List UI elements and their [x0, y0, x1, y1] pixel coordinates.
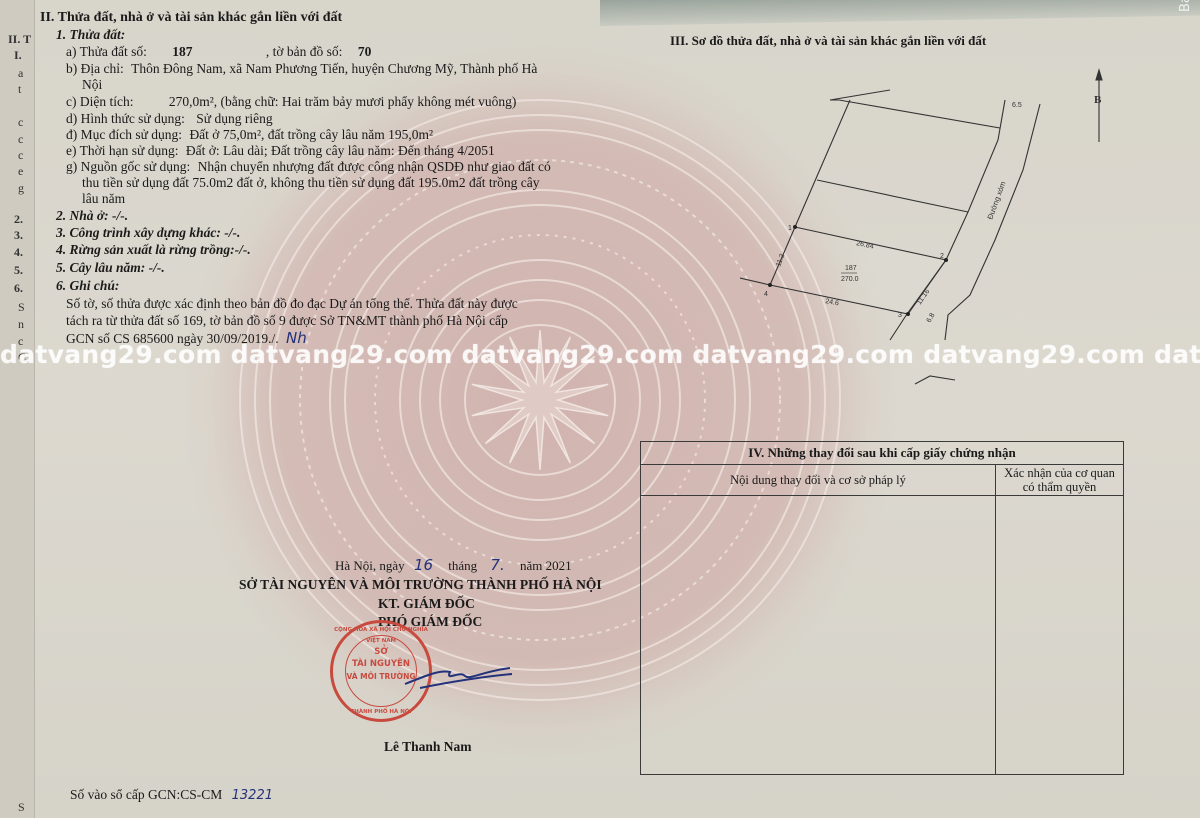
north-arrow-icon	[1096, 70, 1102, 80]
adjacent-page-fragment: 6.	[14, 281, 23, 296]
year-label: năm 2021	[520, 558, 572, 573]
road-width-bottom: 6.8	[926, 312, 937, 324]
registry-row: Số vào sổ cấp GCN:CS-CM 13221	[70, 787, 273, 804]
area-label: c) Diện tích:	[66, 94, 133, 109]
adjacent-page-fragment: c	[18, 148, 23, 163]
adjacent-page-fragment: 2.	[14, 212, 23, 227]
stamp-bottom: THÀNH PHỐ HÀ NỘI	[333, 707, 429, 718]
forest-item: 4. Rừng sản xuất là rừng trồng:-/-.	[56, 242, 251, 258]
section2-title: II. Thửa đất, nhà ở và tài sản khác gắn …	[40, 10, 342, 26]
term-label: e) Thời hạn sử dụng:	[66, 143, 178, 158]
origin-value: Nhận chuyển nhượng đất được công nhận QS…	[198, 159, 551, 174]
website-watermark: datvang29.com datvang29.com datvang29.co…	[0, 340, 1200, 369]
adjacent-page-fragment: c	[18, 132, 23, 147]
changes-col-confirm-header: Xác nhận của cơ quan có thẩm quyền	[996, 465, 1123, 496]
perennial-item: 5. Cây lâu năm: -/-.	[56, 260, 165, 276]
origin-line2: thu tiền sử dụng đất 75.0m2 đất ở, không…	[82, 175, 539, 191]
signature-scribble	[400, 662, 520, 692]
changes-table-body	[641, 496, 996, 774]
adjacent-page-fragment: n	[18, 317, 24, 332]
origin-line3: lâu năm	[82, 191, 125, 207]
purpose-row: đ) Mục đích sử dụng: Đất ở 75,0m², đất t…	[66, 127, 433, 143]
origin-label: g) Nguồn gốc sử dụng:	[66, 159, 190, 174]
on-behalf-director: KT. GIÁM ĐỐC	[378, 596, 475, 612]
purpose-value: Đất ở 75,0m², đất trồng cây lâu năm 195,…	[189, 127, 433, 142]
origin-row: g) Nguồn gốc sử dụng: Nhận chuyển nhượng…	[66, 159, 551, 175]
adjacent-page-fragment: II. T	[8, 32, 31, 47]
changes-table-title: IV. Những thay đổi sau khi cấp giấy chứn…	[641, 442, 1123, 465]
adjacent-page-fragment: 4.	[14, 245, 23, 260]
address-row: b) Địa chỉ: Thôn Đông Nam, xã Nam Phương…	[66, 61, 537, 77]
place-date: Hà Nội, ngày 16 tháng 7. năm 2021	[335, 557, 572, 574]
parcel-heading: 1. Thửa đất:	[56, 27, 125, 43]
edge-3-4-label: 24.6	[825, 298, 840, 307]
vertex-1-label: 1	[788, 225, 792, 232]
signer-name: Lê Thanh Nam	[384, 739, 472, 755]
stamp-line1: SỞ	[333, 647, 429, 658]
usage-form-row: d) Hình thức sử dụng: Sử dụng riêng	[66, 111, 273, 127]
adjacent-page-fragment: 5.	[14, 263, 23, 278]
usage-form-value: Sử dụng riêng	[196, 111, 272, 126]
address-value: Thôn Đông Nam, xã Nam Phương Tiến, huyện…	[131, 61, 537, 76]
area-value: 270,0m², (bằng chữ: Hai trăm bảy mươi ph…	[169, 94, 517, 109]
parcel-no: 187	[172, 44, 192, 59]
section3-title: III. Sơ đồ thửa đất, nhà ở và tài sản kh…	[670, 33, 986, 49]
parcel-area-label: 270.0	[841, 276, 859, 283]
term-value: Đất ở: Lâu dài; Đất trồng cây lâu năm: Đ…	[186, 143, 495, 158]
adjacent-page-fragment: S	[18, 800, 25, 815]
vertex-2-label: 2	[940, 253, 944, 260]
usage-form-label: d) Hình thức sử dụng:	[66, 111, 185, 126]
side-watermark: Batdongsan	[1178, 0, 1193, 12]
month-label: tháng	[448, 558, 477, 573]
other-construction-item: 3. Công trình xây dựng khác: -/-.	[56, 225, 240, 241]
address-label: b) Địa chỉ:	[66, 61, 124, 76]
notes-heading: 6. Ghi chú:	[56, 278, 119, 294]
adjacent-page-fragment: 3.	[14, 228, 23, 243]
parcel-number-row: a) Thửa đất số: 187 , tờ bản đồ số: 70	[66, 44, 371, 60]
vertex-4-label: 4	[764, 291, 768, 298]
term-row: e) Thời hạn sử dụng: Đất ở: Lâu dài; Đất…	[66, 143, 495, 159]
confirm-header-line2: có thẩm quyền	[996, 480, 1123, 494]
adjacent-page-fragment: a	[18, 66, 23, 81]
road-width-top: 6.5	[1012, 102, 1022, 109]
area-row: c) Diện tích: 270,0m², (bằng chữ: Hai tr…	[66, 94, 516, 110]
parcel-no-label: a) Thửa đất số:	[66, 44, 147, 59]
purpose-label: đ) Mục đích sử dụng:	[66, 127, 182, 142]
day-handwritten: 16	[414, 556, 433, 574]
adjacent-page-fragment: t	[18, 82, 21, 97]
registry-number: 13221	[232, 788, 273, 803]
place-date-prefix: Hà Nội, ngày	[335, 558, 405, 573]
agency-name: SỞ TÀI NGUYÊN VÀ MÔI TRƯỜNG THÀNH PHỐ HÀ…	[239, 577, 602, 593]
adjacent-page-fragment: e	[18, 164, 23, 179]
north-label: B	[1094, 94, 1102, 106]
adjacent-page-fragment: g	[18, 181, 24, 196]
vertex-3-label: 3	[898, 312, 902, 319]
confirm-header-line1: Xác nhận của cơ quan	[996, 466, 1123, 480]
adjacent-page-fragment: c	[18, 115, 23, 130]
changes-col-content-header: Nội dung thay đổi và cơ sở pháp lý	[641, 465, 996, 496]
address-line2: Nội	[82, 77, 102, 93]
adjacent-page-fragment: S	[18, 300, 25, 315]
stamp-top: CỘNG HÒA XÃ HỘI CHỦ NGHĨA VIỆT NAM	[333, 625, 429, 647]
notes-line1: Số tờ, số thửa được xác định theo bản đồ…	[66, 296, 518, 312]
registry-label: Số vào sổ cấp GCN:CS-CM	[70, 787, 222, 802]
map-sheet-label: , tờ bản đồ số:	[266, 44, 343, 59]
notes-line2: tách ra từ thửa đất số 169, tờ bản đồ số…	[66, 313, 508, 329]
month-handwritten: 7.	[490, 556, 504, 574]
map-sheet-no: 70	[358, 44, 372, 59]
changes-table: IV. Những thay đổi sau khi cấp giấy chứn…	[640, 441, 1124, 775]
parcel-number-label: 187	[845, 265, 857, 272]
house-item: 2. Nhà ở: -/-.	[56, 208, 128, 224]
adjacent-page-fragment: I.	[14, 48, 22, 63]
road-label: Đường xóm	[985, 180, 1007, 221]
